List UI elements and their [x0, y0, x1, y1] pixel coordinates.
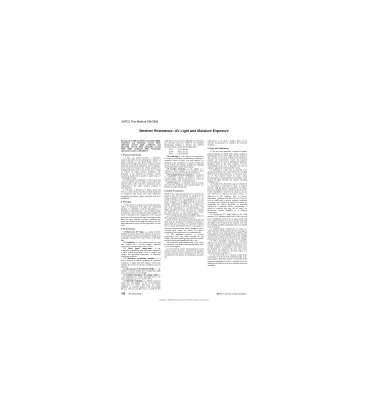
body-paragraph: 5.3 Results of this laboratory exposure …: [207, 183, 247, 213]
uv-range-table: UV-A315 to 400 nmUV-B280 to 315 nmUV-C10…: [169, 149, 204, 155]
body-paragraph: 5.7 The only valid use of exposure resul…: [207, 254, 247, 266]
section-heading: 5. Uses and Limitations: [207, 148, 247, 150]
section-heading: 1. Purpose and Scope: [121, 154, 161, 156]
three-column-body: Developed in 1998 by AATCC Committee RA6…: [121, 140, 247, 290]
body-paragraph: subdivided as shown below, although othe…: [164, 140, 204, 148]
footer-page-number: 346: [121, 293, 125, 295]
method-number-header: AATCC Test Method 186-2009: [121, 120, 158, 123]
body-paragraph: 3.10 standard reference material, n.—a m…: [164, 174, 204, 182]
page-content-block: AATCC Test Method 186-2009 Weather Resis…: [121, 120, 247, 304]
footer-method-ref: TM 186-2009: [128, 293, 141, 295]
body-paragraph: 3.7 ultraviolet radiation, n.—radiant en…: [121, 280, 161, 290]
body-paragraph: 5.6 When dissimilar materials are compar…: [207, 240, 247, 254]
footer-manual-ref: AATCC Technical Manual/2010: [217, 293, 247, 295]
section-heading: 4. Safety Precautions: [164, 190, 204, 192]
body-column-1: Developed in 1998 by AATCC Committee RA6…: [121, 140, 161, 290]
body-paragraph: 3.3 black panel temperature, n.—the temp…: [121, 248, 161, 258]
body-paragraph: 5.4 Fluorescent UV lamps differ in the t…: [207, 214, 247, 228]
body-column-2: subdivided as shown below, although othe…: [164, 140, 204, 290]
section-heading: 2. Principle: [121, 201, 161, 203]
body-paragraph: maintenance of the device. Replace lamps…: [207, 140, 247, 146]
body-paragraph: 4.5 All electrical service and maintenan…: [164, 248, 204, 258]
body-paragraph: 3.8 weathering, n.—the response of a mat…: [164, 156, 204, 168]
body-paragraph: 4.3 The apparatus operates at elevated t…: [164, 234, 204, 242]
body-paragraph: 5.2 Variation in results may be expected…: [207, 169, 247, 183]
body-paragraph: 5.5 Interlaboratory comparisons of resul…: [207, 228, 247, 240]
history-paragraph: Developed in 1998 by AATCC Committee RA6…: [121, 140, 161, 152]
body-paragraph: 1.1 This test method provides a laborato…: [121, 157, 161, 179]
page-footer: 346 TM 186-2009 AATCC Technical Manual/2…: [121, 293, 246, 295]
body-paragraph: 2.1 Specimens are exposed to repeated al…: [121, 204, 161, 226]
body-paragraph: 4.2 Do not view the fluorescent UV lamps…: [164, 219, 204, 233]
body-paragraph: 3.1 fluorescent UV lamp, n.—a lamp in wh…: [121, 231, 161, 241]
body-paragraph: NOTE: These safety precautions are for i…: [164, 193, 204, 215]
body-paragraph: 1.2 This method is applicable to woven, …: [121, 179, 161, 189]
body-column-3: maintenance of the device. Replace lamps…: [207, 140, 247, 290]
body-paragraph: 3.4 laboratory weathering machine, n.—a …: [121, 258, 161, 268]
footer-left-group: 346 TM 186-2009: [121, 293, 141, 295]
body-paragraph: 3.11 UV sensor, n.—a radiometer used to …: [164, 182, 204, 188]
page-title: Weather Resistance: UV Light and Moistur…: [121, 129, 247, 133]
section-heading: 3. Terminology: [121, 228, 161, 230]
document-page: AATCC Test Method 186-2009 Weather Resis…: [0, 0, 368, 420]
body-paragraph: 5.1 The use of this procedure is intende…: [207, 151, 247, 169]
body-paragraph: 1.3 Because of differences in lamps, cyc…: [121, 189, 161, 199]
copyright-line: Copyright © 2009 American Association of…: [121, 299, 247, 301]
